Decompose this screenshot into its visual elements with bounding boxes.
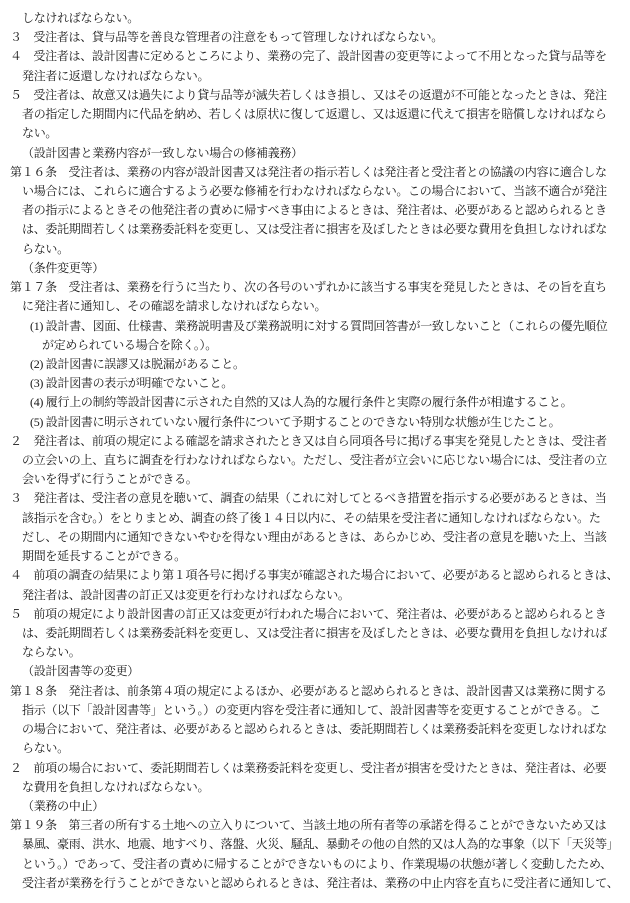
document-line: という。）であって、受注者の責めに帰することができないものにより、作業現場の状態… xyxy=(0,855,630,874)
document-line: ４ 受注者は、設計図書に定めるところにより、業務の完了、設計図書の変更等によって… xyxy=(0,47,630,66)
document-line: ２ 発注者は、前項の規定による確認を請求されたとき又は自ら同項各号に掲げる事実を… xyxy=(0,432,630,451)
document-line: 第１９条 第三者の所有する土地への立入りについて、当該土地の所有者等の承諾を得る… xyxy=(0,816,630,835)
document-line: ２ 前項の場合において、委託期間若しくは業務委託料を変更し、受注者が損害を受けた… xyxy=(0,759,630,778)
document-line: (3) 設計図書の表示が明確でないこと。 xyxy=(0,374,630,393)
document-line: ない。 xyxy=(0,124,630,143)
document-line: が定められている場合を除く。）。 xyxy=(0,336,630,355)
document-line: 該指示を含む。）をとりまとめ、調査の終了後１４日以内に、その結果を受注者に通知し… xyxy=(0,509,630,528)
document-line: ５ 受注者は、故意又は過失により貸与品等が滅失若しくはき損し、又はその返還が不可… xyxy=(0,86,630,105)
document-line: ４ 前項の調査の結果により第１項各号に掲げる事実が確認された場合において、必要が… xyxy=(0,566,630,585)
document-line: 会いを得ずに行うことができる。 xyxy=(0,470,630,489)
document-line: 暴風、豪雨、洪水、地震、地すべり、落盤、火災、騒乱、暴動その他の自然的又は人為的… xyxy=(0,835,630,854)
document-line: （設計図書等の変更） xyxy=(0,662,630,681)
document-line: は、委託期間若しくは業務委託料を変更し、又は受注者に損害を及ぼしたときは、必要な… xyxy=(0,624,630,643)
document-line: （条件変更等） xyxy=(0,259,630,278)
document-line: 第１８条 発注者は、前条第４項の規定によるほか、必要があると認められるときは、設… xyxy=(0,682,630,701)
document-line: ならない。 xyxy=(0,643,630,662)
document-line: （業務の中止） xyxy=(0,797,630,816)
document-line: ５ 前項の規定により設計図書の訂正又は変更が行われた場合において、発注者は、必要… xyxy=(0,605,630,624)
document-line: 者の指定した期間内に代品を納め、若しくは原状に復して返還し、又は返還に代えて損害… xyxy=(0,105,630,124)
document-page: しなければならない。３ 受注者は、貸与品等を善良な管理者の注意をもって管理しなけ… xyxy=(0,0,630,903)
document-line: 受注者が業務を行うことができないと認められるときは、発注者は、業務の中止内容を直… xyxy=(0,874,630,893)
document-line: 第１６条 受注者は、業務の内容が設計図書又は発注者の指示若しくは発注者と受注者と… xyxy=(0,163,630,182)
document-line: (2) 設計図書に誤謬又は脱漏があること。 xyxy=(0,355,630,374)
document-line: だし、その期間内に通知できないやむを得ない理由があるときは、あらかじめ、受注者の… xyxy=(0,528,630,547)
document-line: な費用を負担しなければならない。 xyxy=(0,778,630,797)
document-line: の立会いの上、直ちに調査を行わなければならない。ただし、受注者が立会いに応じない… xyxy=(0,451,630,470)
document-line: の場合において、発注者は、必要があると認められるときは、委託期間若しくは業務委託… xyxy=(0,720,630,739)
document-line: は、委託期間若しくは業務委託料を変更し、又は受注者に損害を及ぼしたときは必要な費… xyxy=(0,220,630,239)
document-line: 期間を延長することができる。 xyxy=(0,547,630,566)
document-line: らない。 xyxy=(0,240,630,259)
document-line: 指示（以下「設計図書等」という。）の変更内容を受注者に通知して、設計図書等を変更… xyxy=(0,701,630,720)
document-line: ３ 受注者は、貸与品等を善良な管理者の注意をもって管理しなければならない。 xyxy=(0,28,630,47)
document-line: (5) 設計図書に明示されていない履行条件について予期することのできない特別な状… xyxy=(0,413,630,432)
document-line: 発注者は、設計図書の訂正又は変更を行わなければならない。 xyxy=(0,586,630,605)
document-line: い場合には、これらに適合するよう必要な修補を行わなければならない。この場合におい… xyxy=(0,182,630,201)
document-line: らない。 xyxy=(0,739,630,758)
document-line: に発注者に通知し、その確認を請求しなければならない。 xyxy=(0,297,630,316)
document-line: (1) 設計書、図面、仕様書、業務説明書及び業務説明に対する質問回答書が一致しな… xyxy=(0,317,630,336)
document-line: 第１７条 受注者は、業務を行うに当たり、次の各号のいずれかに該当する事実を発見し… xyxy=(0,278,630,297)
document-line: (4) 履行上の制約等設計図書に示された自然的又は人為的な履行条件と実際の履行条… xyxy=(0,393,630,412)
document-line: しなければならない。 xyxy=(0,9,630,28)
document-line: （設計図書と業務内容が一致しない場合の修補義務） xyxy=(0,144,630,163)
document-line: 者の指示によるときその他発注者の責めに帰すべき事由によるときは、発注者は、必要が… xyxy=(0,201,630,220)
document-line: ３ 発注者は、受注者の意見を聴いて、調査の結果（これに対してとるべき措置を指示す… xyxy=(0,489,630,508)
document-line: 発注者に返還しなければならない。 xyxy=(0,67,630,86)
